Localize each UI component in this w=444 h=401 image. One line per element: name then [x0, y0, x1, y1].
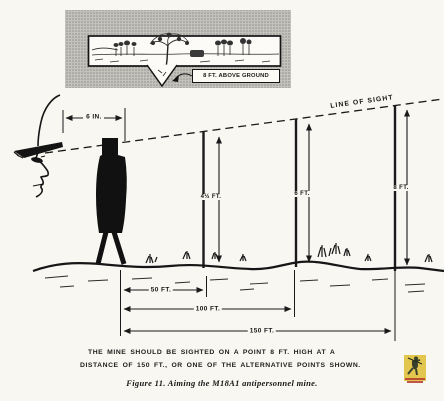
distance-label-100-ft: 100 FT.	[194, 306, 222, 313]
sighting-note-line-2: DISTANCE OF 150 FT., OR ONE OF THE ALTER…	[80, 360, 361, 373]
height-label-4half-ft: 4½ FT.	[199, 194, 224, 200]
sighting-note-line-1: THE MINE SHOULD BE SIGHTED ON A POINT 8 …	[80, 347, 361, 360]
diagram-drawing	[0, 0, 444, 401]
soil-hatching	[45, 276, 425, 292]
mine-leg-right	[114, 232, 124, 264]
figure-page: 8 FT. ABOVE GROUND LINE OF SIGHT 6 IN. 4…	[0, 0, 444, 401]
distance-label-50-ft: 50 FT.	[149, 287, 173, 294]
ground-line	[33, 262, 444, 271]
inset-aim-height-label: 8 FT. ABOVE GROUND	[192, 69, 280, 83]
mine-silhouette	[96, 138, 127, 264]
eye-distance-label: 6 IN.	[86, 114, 102, 121]
eye-line	[41, 156, 45, 157]
sighting-note: THE MINE SHOULD BE SIGHTED ON A POINT 8 …	[80, 347, 361, 372]
height-label-8-ft: 8 FT.	[391, 185, 410, 191]
distance-label-150-ft: 150 FT.	[248, 328, 276, 335]
figure-caption: Figure 11. Aiming the M18A1 antipersonne…	[0, 378, 444, 388]
grass-tufts	[146, 243, 432, 263]
aiming-point-posts	[204, 105, 408, 271]
soldier-head-profile	[14, 95, 63, 197]
mine-leg-left	[98, 232, 106, 264]
height-label-6-ft: 6 FT.	[292, 191, 311, 197]
bush-silhouette	[190, 50, 204, 57]
ground	[33, 243, 444, 292]
